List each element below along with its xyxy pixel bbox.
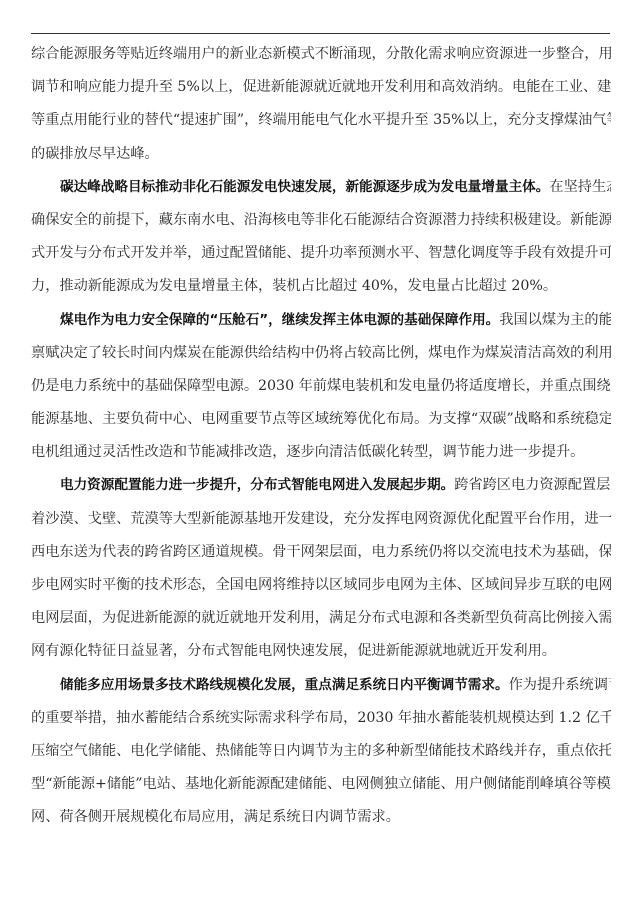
paragraph-first-rest: 在坚持生态优先、 — [549, 179, 611, 195]
text-line: 网有源化特征日益显著，分布式智能电网快速发展，促进新能源就地就近开发利用。 — [31, 635, 611, 668]
paragraph-first-line: 碳达峰战略目标推动非化石能源发电快速发展，新能源逐步成为发电量增量主体。在坚持生… — [31, 171, 611, 204]
text-line: 步电网实时平衡的技术形态，全国电网将维持以区域同步电网为主体、区域间异步互联的电… — [31, 569, 611, 602]
paragraph-coal-power: 煤电作为电力安全保障的“压舱石”，继续发挥主体电源的基础保障作用。我国以煤为主的… — [31, 304, 611, 470]
text-line: 西电东送为代表的跨省跨区通道规模。骨干网架层面，电力系统仍将以交流电技术为基础，… — [31, 536, 611, 569]
text-line: 式开发与分布式开发并举，通过配置储能、提升功率预测水平、智慧化调度等手段有效提升… — [31, 237, 611, 270]
paragraph-first-rest: 我国以煤为主的能源资源 — [499, 312, 611, 328]
text-line: 的碳排放尽早达峰。 — [31, 138, 611, 171]
text-line: 的重要举措，抽水蓄能结合系统实际需求科学布局，2030 年抽水蓄能装机规模达到 … — [31, 702, 611, 735]
text-line: 能源基地、主要负荷中心、电网重要节点等区域统筹优化布局。为支撑“双碳”战略和系统… — [31, 403, 611, 436]
paragraph-continuation: 综合能源服务等贴近终端用户的新业态新模式不断涌现，分散化需求响应资源进一步整合，… — [31, 38, 611, 171]
paragraph-lead-bold: 碳达峰战略目标推动非化石能源发电快速发展，新能源逐步成为发电量增量主体。 — [60, 179, 549, 195]
paragraph-first-line: 煤电作为电力安全保障的“压舱石”，继续发挥主体电源的基础保障作用。我国以煤为主的… — [31, 304, 611, 337]
paragraph-energy-storage: 储能多应用场景多技术路线规模化发展，重点满足系统日内平衡调节需求。作为提升系统调… — [31, 669, 611, 835]
paragraph-first-rest: 作为提升系统调节能力 — [509, 677, 611, 693]
text-line: 型“新能源+储能”电站、基地化新能源配建储能、电网侧独立储能、用户侧储能削峰填谷… — [31, 768, 611, 801]
text-line: 压缩空气储能、电化学储能、热储能等日内调节为主的多种新型储能技术路线并存，重点依… — [31, 735, 611, 768]
paragraph-first-rest: 跨省跨区电力资源配置层面，随 — [454, 477, 611, 493]
document-page: 综合能源服务等贴近终端用户的新业态新模式不断涌现，分散化需求响应资源进一步整合，… — [31, 38, 611, 835]
header-rule — [31, 33, 610, 34]
text-line: 电机组通过灵活性改造和节能减排改造，逐步向清洁低碳化转型，调节能力进一步提升。 — [31, 436, 611, 469]
paragraph-new-energy: 碳达峰战略目标推动非化石能源发电快速发展，新能源逐步成为发电量增量主体。在坚持生… — [31, 171, 611, 304]
text-line: 禀赋决定了较长时间内煤炭在能源供给结构中仍将占较高比例，煤电作为煤炭清洁高效的利… — [31, 337, 611, 370]
text-line: 着沙漠、戈壁、荒漠等大型新能源基地开发建设，充分发挥电网资源优化配置平台作用，进… — [31, 503, 611, 536]
paragraph-power-grid: 电力资源配置能力进一步提升，分布式智能电网进入发展起步期。跨省跨区电力资源配置层… — [31, 469, 611, 668]
text-line: 仍是电力系统中的基础保障型电源。2030 年前煤电装机和发电量仍将适度增长，并重… — [31, 370, 611, 403]
text-line: 确保安全的前提下，藏东南水电、沿海核电等非化石能源结合资源潜力持续积极建设。新能… — [31, 204, 611, 237]
paragraph-first-line: 储能多应用场景多技术路线规模化发展，重点满足系统日内平衡调节需求。作为提升系统调… — [31, 669, 611, 702]
text-line: 等重点用能行业的替代“提速扩围”，终端用能电气化水平提升至 35%以上，充分支撑… — [31, 104, 611, 137]
text-line: 网、荷各侧开展规模化布局应用，满足系统日内调节需求。 — [31, 801, 611, 834]
paragraph-lead-bold: 储能多应用场景多技术路线规模化发展，重点满足系统日内平衡调节需求。 — [60, 677, 509, 693]
paragraph-lead-bold: 电力资源配置能力进一步提升，分布式智能电网进入发展起步期。 — [60, 477, 454, 493]
text-line: 综合能源服务等贴近终端用户的新业态新模式不断涌现，分散化需求响应资源进一步整合，… — [31, 38, 611, 71]
paragraph-first-line: 电力资源配置能力进一步提升，分布式智能电网进入发展起步期。跨省跨区电力资源配置层… — [31, 469, 611, 502]
text-line: 力，推动新能源成为发电量增量主体，装机占比超过 40%，发电量占比超过 20%。 — [31, 270, 611, 303]
paragraph-lead-bold: 煤电作为电力安全保障的“压舱石”，继续发挥主体电源的基础保障作用。 — [60, 312, 499, 328]
text-line: 调节和响应能力提升至 5%以上，促进新能源就近就地开发利用和高效消纳。电能在工业… — [31, 71, 611, 104]
text-line: 电网层面，为促进新能源的就近就地开发利用，满足分布式电源和各类新型负荷高比例接入… — [31, 602, 611, 635]
